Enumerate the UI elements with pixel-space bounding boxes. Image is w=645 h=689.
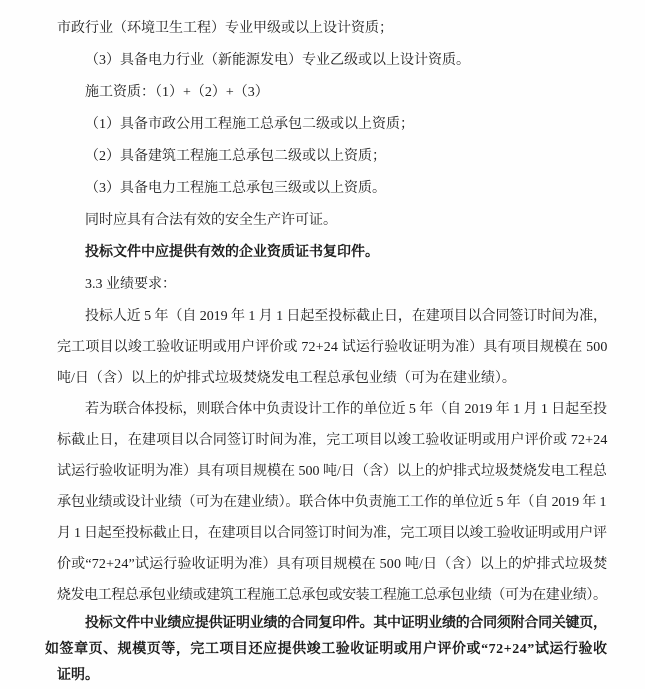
text-line-content: 如签章页、规模页等，完工项目还应提供竣工验收证明或用户评价或“72+24”试运行…: [45, 642, 608, 657]
text-line: （3）具备电力工程施工总承包三级或以上资质。: [85, 173, 607, 205]
text-line-content: （2）具备建筑工程施工总承包二级或以上资质；: [85, 149, 386, 164]
text-line: 投标人近 5 年（自 2019 年 1 月 1 日起至投标截止日，在建项目以合同…: [85, 301, 607, 332]
text-line: 3.3 业绩要求：: [85, 269, 607, 301]
text-line-content: 投标人近 5 年（自 2019 年 1 月 1 日起至投标截止日，在建项目以合同…: [85, 309, 607, 324]
text-line: 投标文件中应提供有效的企业资质证书复印件。: [85, 237, 607, 269]
text-line: 吨/日（含）以上的炉排式垃圾焚烧发电工程总承包业绩（可为在建业绩）。: [57, 363, 607, 394]
text-line-content: 价或“72+24”试运行验收证明为准）具有项目规模在 500 吨/日（含）以上的…: [57, 557, 607, 572]
text-line-content: 月 1 日起至投标截止日，在建项目以合同签订时间为准，完工项目以竣工验收证明或用…: [57, 526, 607, 541]
text-line-content: 市政行业（环境卫生工程）专业甲级或以上设计资质；: [57, 21, 393, 36]
text-line: 若为联合体投标，则联合体中负责设计工作的单位近 5 年（自 2019 年 1 月…: [85, 394, 607, 425]
text-line-content: （3）具备电力行业（新能源发电）专业乙级或以上设计资质。: [85, 53, 470, 68]
text-line: 标截止日，在建项目以合同签订时间为准，完工项目以竣工验收证明或用户评价或 72+…: [57, 425, 607, 456]
text-line-content: 烧发电工程总承包业绩或建筑工程施工总承包或安装工程施工总承包业绩（可为在建业绩）…: [57, 588, 607, 603]
text-line: 市政行业（环境卫生工程）专业甲级或以上设计资质；: [57, 13, 607, 45]
text-line-content: 同时应具有合法有效的安全生产许可证。: [85, 213, 337, 228]
text-line: 价或“72+24”试运行验收证明为准）具有项目规模在 500 吨/日（含）以上的…: [57, 549, 607, 580]
text-line: 完工项目以竣工验收证明或用户评价或 72+24 试运行验收证明为准）具有项目规模…: [57, 332, 607, 363]
text-line-content: 若为联合体投标，则联合体中负责设计工作的单位近 5 年（自 2019 年 1 月…: [85, 402, 607, 417]
text-line-content: 证明。: [57, 668, 99, 683]
text-line: 证明。: [57, 663, 607, 689]
text-line: （1）具备市政公用工程施工总承包二级或以上资质；: [85, 109, 607, 141]
text-line-content: 3.3 业绩要求：: [85, 277, 176, 292]
text-line: 月 1 日起至投标截止日，在建项目以合同签订时间为准，完工项目以竣工验收证明或用…: [57, 518, 607, 549]
text-line-content: 试运行验收证明为准）具有项目规模在 500 吨/日（含）以上的炉排式垃圾焚烧发电…: [57, 464, 607, 479]
text-line-content: 承包业绩或设计业绩（可为在建业绩）。联合体中负责施工工作的单位近 5 年（自 2…: [57, 495, 606, 510]
text-line-content: （3）具备电力工程施工总承包三级或以上资质。: [85, 181, 386, 196]
text-line-content: 施工资质：（1）+（2）+（3）: [85, 85, 269, 100]
text-line: （3）具备电力行业（新能源发电）专业乙级或以上设计资质。: [85, 45, 607, 77]
document-content: 市政行业（环境卫生工程）专业甲级或以上设计资质；（3）具备电力行业（新能源发电）…: [57, 13, 607, 689]
text-line-content: 标截止日，在建项目以合同签订时间为准，完工项目以竣工验收证明或用户评价或 72+…: [57, 433, 608, 448]
text-line-content: （1）具备市政公用工程施工总承包二级或以上资质；: [85, 117, 414, 132]
document-page: 市政行业（环境卫生工程）专业甲级或以上设计资质；（3）具备电力行业（新能源发电）…: [0, 0, 645, 689]
text-line-content: 投标文件中应提供有效的企业资质证书复印件。: [85, 245, 379, 260]
text-line: 同时应具有合法有效的安全生产许可证。: [85, 205, 607, 237]
text-line-content: 吨/日（含）以上的炉排式垃圾焚烧发电工程总承包业绩（可为在建业绩）。: [57, 371, 516, 386]
text-line: 烧发电工程总承包业绩或建筑工程施工总承包或安装工程施工总承包业绩（可为在建业绩）…: [57, 580, 607, 611]
text-line: 试运行验收证明为准）具有项目规模在 500 吨/日（含）以上的炉排式垃圾焚烧发电…: [57, 456, 607, 487]
text-line-content: 投标文件中业绩应提供证明业绩的合同复印件。其中证明业绩的合同须附合同关键页，: [85, 616, 607, 631]
text-line: （2）具备建筑工程施工总承包二级或以上资质；: [85, 141, 607, 173]
text-line-content: 完工项目以竣工验收证明或用户评价或 72+24 试运行验收证明为准）具有项目规模…: [57, 340, 608, 355]
text-line: 投标文件中业绩应提供证明业绩的合同复印件。其中证明业绩的合同须附合同关键页，: [85, 611, 607, 637]
text-line: 如签章页、规模页等，完工项目还应提供竣工验收证明或用户评价或“72+24”试运行…: [45, 637, 607, 663]
text-line: 施工资质：（1）+（2）+（3）: [85, 77, 607, 109]
text-line: 承包业绩或设计业绩（可为在建业绩）。联合体中负责施工工作的单位近 5 年（自 2…: [57, 487, 607, 518]
